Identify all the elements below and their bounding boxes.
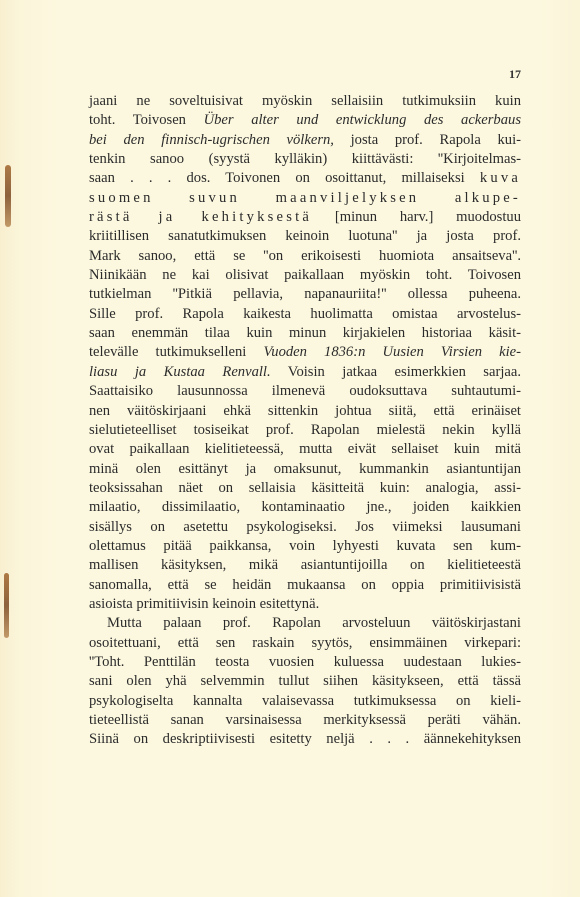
text-segment: Mutta palaan prof. Rapolan arvosteluun v… — [107, 615, 521, 631]
text-segment: sielutieteelliset tosiseikat prof. Rapol… — [89, 422, 521, 438]
text-segment: sani olen yhä selvemmin tullut siihen kä… — [89, 673, 521, 689]
text-line: liasu ja Kustaa Renvall. Voisin jatkaa e… — [89, 363, 521, 382]
italic-title-text: bei den finnisch-ugrischen völkern, — [89, 132, 334, 148]
text-line: rästä ja kehityksestä [minun harv.] muod… — [89, 208, 521, 227]
text-line: mallisen käsityksen, mikä asiantuntijoil… — [89, 556, 521, 575]
text-segment: Sille prof. Rapola kaikesta huolimatta o… — [89, 306, 521, 322]
text-line: sielutieteelliset tosiseikat prof. Rapol… — [89, 421, 521, 440]
text-line: psykologiselta kannalta valaisevassa tut… — [89, 692, 521, 711]
text-line: minä olen esittänyt ja omaksunut, kumman… — [89, 460, 521, 479]
margin-stain-mark — [4, 573, 9, 638]
text-line: saan enemmän tilaa kuin minun kirjakiele… — [89, 324, 521, 343]
text-line: jaani ne soveltuisivat myöskin sellaisii… — [89, 92, 521, 111]
page-number: 17 — [481, 67, 521, 82]
text-line: televälle tutkimukselleni Vuoden 1836:n … — [89, 343, 521, 362]
text-line: sisällys on asetettu psykologiseksi. Jos… — [89, 518, 521, 537]
text-line: tieteellistä sanan varsinaisessa merkity… — [89, 711, 521, 730]
italic-title-text: Vuoden 1836:n Uusien Virsien kie- — [263, 344, 521, 360]
text-line: Niinikään ne kai olisivat paikallaan myö… — [89, 266, 521, 285]
text-segment: saan . . . dos. Toivonen on osoittanut, … — [89, 170, 480, 186]
text-segment: saan enemmän tilaa kuin minun kirjakiele… — [89, 325, 521, 341]
text-segment: nen väitöskirjaani ehkä sittenkin johtua… — [89, 403, 521, 419]
text-line: ovat paikallaan kielitieteessä, mutta ei… — [89, 440, 521, 459]
text-segment: teoksissahan näet on sellaisia käsitteit… — [89, 480, 521, 496]
text-segment: [minun harv.] muodostuu — [312, 209, 521, 225]
text-segment: josta prof. Rapola kui- — [334, 132, 521, 148]
text-segment: sanomalla, että se heidän mukaansa on op… — [89, 577, 521, 593]
text-line: olettamus pitää paikkansa, voin lyhyesti… — [89, 537, 521, 556]
text-line: Mutta palaan prof. Rapolan arvosteluun v… — [89, 614, 521, 633]
italic-title-text: liasu ja Kustaa Renvall. — [89, 364, 271, 380]
text-segment: ovat paikallaan kielitieteessä, mutta ei… — [89, 441, 521, 457]
text-segment: Niinikään ne kai olisivat paikallaan myö… — [89, 267, 521, 283]
text-line: milaatio, dissimilaatio, kontaminaatio j… — [89, 498, 521, 517]
emphasized-spaced-text: suomen suvun maanviljelyksen alkupe- — [89, 190, 521, 206]
margin-stain-mark — [5, 165, 11, 227]
text-segment: minä olen esittänyt ja omaksunut, kumman… — [89, 461, 521, 477]
text-segment: Voisin jatkaa esimerkkien sarjaa. — [271, 364, 521, 380]
text-segment: mallisen käsityksen, mikä asiantuntijoil… — [89, 557, 521, 573]
text-line: Siinä on deskriptiivisesti esitetty nelj… — [89, 730, 521, 749]
body-text: jaani ne soveltuisivat myöskin sellaisii… — [89, 92, 521, 750]
text-segment: osoitettuani, että sen raskain syytös, e… — [89, 635, 521, 651]
text-line: saan . . . dos. Toivonen on osoittanut, … — [89, 169, 521, 188]
text-segment: psykologiselta kannalta valaisevassa tut… — [89, 693, 521, 709]
text-segment: jaani ne soveltuisivat myöskin sellaisii… — [89, 93, 521, 109]
text-segment: Mark sanoo, että se ''on erikoisesti huo… — [89, 248, 521, 264]
text-line: bei den finnisch-ugrischen völkern, jost… — [89, 131, 521, 150]
text-segment: tenkin sanoo (syystä kylläkin) kiittäväs… — [89, 151, 521, 167]
text-line: toht. Toivosen Über alter und entwicklun… — [89, 111, 521, 130]
text-segment: tieteellistä sanan varsinaisessa merkity… — [89, 712, 521, 728]
text-line: tenkin sanoo (syystä kylläkin) kiittäväs… — [89, 150, 521, 169]
text-line: teoksissahan näet on sellaisia käsitteit… — [89, 479, 521, 498]
text-segment: Saattaisiko lausunnossa ilmenevä oudoksu… — [89, 383, 521, 399]
text-line: Sille prof. Rapola kaikesta huolimatta o… — [89, 305, 521, 324]
text-line: tutkielman ''Pitkiä pellavia, napanaurii… — [89, 285, 521, 304]
text-line: sani olen yhä selvemmin tullut siihen kä… — [89, 672, 521, 691]
text-line: Mark sanoo, että se ''on erikoisesti huo… — [89, 247, 521, 266]
text-segment: tutkielman ''Pitkiä pellavia, napanaurii… — [89, 286, 521, 302]
text-segment: olettamus pitää paikkansa, voin lyhyesti… — [89, 538, 521, 554]
text-line: Saattaisiko lausunnossa ilmenevä oudoksu… — [89, 382, 521, 401]
text-segment: sisällys on asetettu psykologiseksi. Jos… — [89, 519, 521, 535]
text-segment: Siinä on deskriptiivisesti esitetty nelj… — [89, 731, 521, 747]
text-segment: asioista primitiivisin keinoin esitettyn… — [89, 596, 319, 612]
emphasized-spaced-text: kuva — [480, 170, 521, 186]
italic-title-text: Über alter und entwicklung des ackerbaus — [204, 112, 521, 128]
text-line: nen väitöskirjaani ehkä sittenkin johtua… — [89, 402, 521, 421]
text-line: kriitillisen sanatutkimuksen keinoin luo… — [89, 227, 521, 246]
text-segment: toht. Toivosen — [89, 112, 204, 128]
text-segment: televälle tutkimukselleni — [89, 344, 263, 360]
text-segment: ''Toht. Penttilän teosta vuosien kuluess… — [89, 654, 521, 670]
scanned-book-page: 17 jaani ne soveltuisivat myöskin sellai… — [0, 0, 580, 897]
text-segment: kriitillisen sanatutkimuksen keinoin luo… — [89, 228, 521, 244]
emphasized-spaced-text: rästä ja kehityksestä — [89, 209, 312, 225]
text-line: suomen suvun maanviljelyksen alkupe- — [89, 189, 521, 208]
text-segment: milaatio, dissimilaatio, kontaminaatio j… — [89, 499, 521, 515]
text-line: sanomalla, että se heidän mukaansa on op… — [89, 576, 521, 595]
text-line: osoitettuani, että sen raskain syytös, e… — [89, 634, 521, 653]
text-line: ''Toht. Penttilän teosta vuosien kuluess… — [89, 653, 521, 672]
text-line: asioista primitiivisin keinoin esitettyn… — [89, 595, 521, 614]
